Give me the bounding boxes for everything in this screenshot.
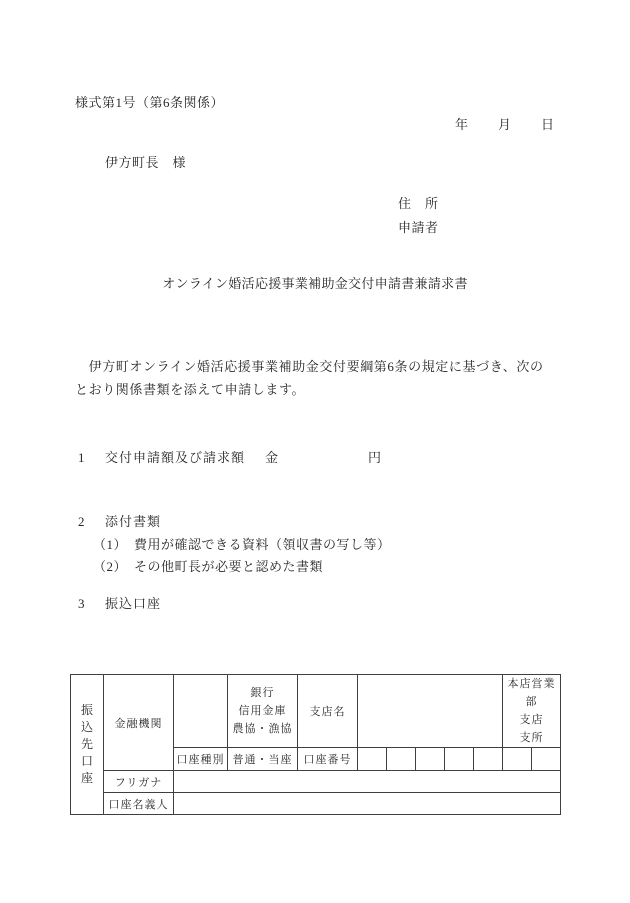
item2-number: 2 [78, 514, 85, 531]
office-type-sub-branch: 支所 [503, 729, 560, 747]
form-number: 様式第1号（第6条関係） [75, 95, 224, 112]
addressee: 伊方町長 様 [105, 155, 186, 172]
body-paragraph: 伊方町オンライン婚活応援事業補助金交付要綱第6条の規定に基づき、次の とおり関係… [75, 355, 567, 401]
office-type-branch: 支店 [503, 711, 560, 729]
item2-label: 添付書類 [105, 514, 161, 531]
bank-type-options-cell: 銀行 信用金庫 農協・漁協 [228, 675, 298, 748]
item1-number: 1 [78, 450, 85, 467]
account-number-digit-cell [416, 748, 445, 771]
item3-number: 3 [78, 596, 85, 613]
bank-type-shinkin: 信用金庫 [228, 702, 297, 720]
office-type-head-office: 本店営業部 [503, 675, 560, 711]
account-type-label: 口座種別 [174, 748, 228, 771]
item1-amount-suffix: 円 [368, 450, 382, 467]
furigana-label: フリガナ [104, 771, 174, 793]
document-page: 様式第1号（第6条関係） 年 月 日 伊方町長 様 住 所 申請者 オンライン婚… [0, 0, 630, 903]
office-type-options-cell: 本店営業部 支店 支所 [503, 675, 561, 748]
account-number-digit-cell [358, 748, 387, 771]
furigana-cell [174, 771, 561, 793]
branch-name-cell [358, 675, 503, 748]
account-holder-label: 口座名義人 [104, 793, 174, 815]
financial-institution-name-cell [174, 675, 228, 748]
financial-institution-label: 金融機関 [104, 675, 174, 771]
account-number-digit-cell [532, 748, 561, 771]
bank-type-bank: 銀行 [228, 684, 297, 702]
transfer-account-vertical-label: 振込先口座 [80, 702, 95, 787]
date-month-label: 月 [498, 117, 512, 134]
date-day-label: 日 [541, 117, 555, 134]
applicant-label: 申請者 [398, 220, 439, 237]
date-year-label: 年 [455, 117, 469, 134]
account-number-label: 口座番号 [298, 748, 358, 771]
account-holder-cell [174, 793, 561, 815]
account-number-digit-cell [474, 748, 503, 771]
item2-attachment-2: （2） その他町長が必要と認めた書類 [93, 559, 323, 576]
item2-attachment-1: （1） 費用が確認できる資料（領収書の写し等） [93, 537, 391, 554]
bank-type-nokyo: 農協・漁協 [228, 720, 297, 738]
bank-account-table: 振込先口座 金融機関 銀行 信用金庫 農協・漁協 支店名 本店営業部 支店 支所 [70, 674, 561, 815]
account-number-digit-cell [503, 748, 532, 771]
branch-name-label: 支店名 [298, 675, 358, 748]
item1-amount-prefix: 金 [265, 450, 279, 467]
document-title: オンライン婚活応援事業補助金交付申請書兼請求書 [0, 276, 630, 293]
account-number-digit-cell [387, 748, 416, 771]
account-type-options: 普通・当座 [228, 748, 298, 771]
item3-label: 振込口座 [105, 596, 161, 613]
item1-label: 交付申請額及び請求額 [105, 450, 245, 467]
account-number-digit-cell [445, 748, 474, 771]
address-label: 住 所 [398, 196, 439, 213]
table-row-header-cell: 振込先口座 [71, 675, 104, 815]
